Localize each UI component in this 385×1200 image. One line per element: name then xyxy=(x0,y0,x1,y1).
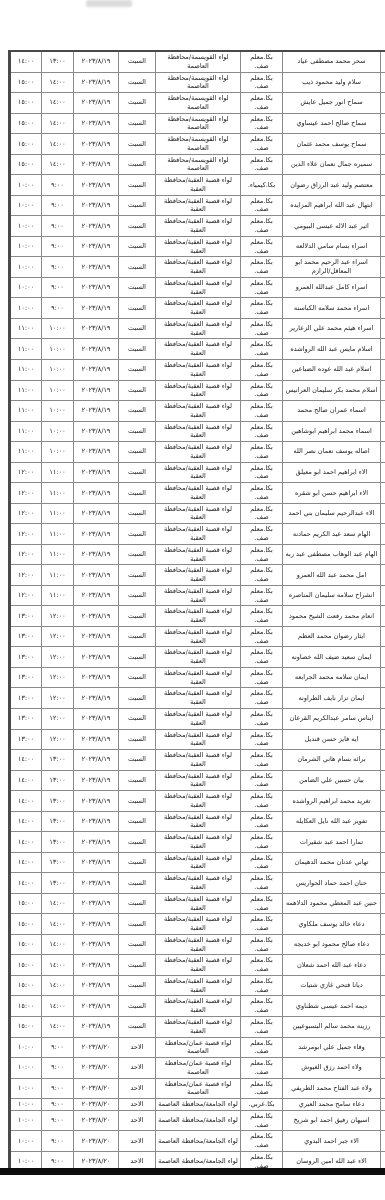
cell-name: دعاء صالح محمود ابو خديجه xyxy=(283,934,381,955)
cell-end_time: ١٢:٠٠ xyxy=(10,585,42,606)
cell-end_time: ١٠:٠٠ xyxy=(10,195,42,216)
cell-degree: بكا.معلم صف. xyxy=(241,257,283,278)
cell-district: لواء الجامعة/محافظة العاصمة xyxy=(156,1131,241,1152)
cell-name: امل محمد عبد الله العمرو xyxy=(283,565,381,586)
cell-date: ٢٠٢٣/٨/١٩ xyxy=(74,955,119,976)
cell-degree: بكا.معلم صف. xyxy=(241,503,283,524)
cell-district: لواء قصبة العقبة/محافظة العقبة xyxy=(156,524,241,545)
cell-end_time: ١٢:٠٠ xyxy=(10,544,42,565)
cell-district: لواء قصبة عمان/محافظة العاصمة xyxy=(156,1078,241,1099)
table-row: ١٢٠٣ولاء احمد رزق الغيوشبكا.معلم صف.لواء… xyxy=(10,1058,385,1079)
cell-district: لواء قصبة العقبة/محافظة العقبة xyxy=(156,811,241,832)
cell-date: ٢٠٢٣/٨/١٩ xyxy=(74,51,119,72)
cell-start_time: ١٤:٠٠ xyxy=(42,975,74,996)
cell-end_time: ١٥:٠٠ xyxy=(10,72,42,93)
cell-date: ٢٠٢٣/٨/٢٠ xyxy=(74,1110,119,1131)
cell-day: السبت xyxy=(119,852,156,873)
cell-name: ايثار رضوان محمد العظم xyxy=(283,626,381,647)
table-row: ١١٩١تفوير عبد الله نايل العكايلهبكا.معلم… xyxy=(10,811,385,832)
cell-start_time: ١٣:٠٠ xyxy=(42,51,74,72)
table-row: ١١٧٣اصاله يوسف نعمان نصر اللهبكا.معلم صف… xyxy=(10,442,385,463)
cell-number: ١٢٠٧ xyxy=(381,1131,385,1152)
cell-degree: بكا.معلم صف. xyxy=(241,277,283,298)
cell-number: ١١٧٥ xyxy=(381,483,385,504)
cell-degree: بكا.معلم صف. xyxy=(241,236,283,257)
cell-day: الاحد xyxy=(119,1037,156,1058)
cell-degree: بكا.معلم صف. xyxy=(241,93,283,114)
cell-start_time: ٩:٠٠ xyxy=(42,298,74,319)
cell-end_time: ١٠:٠٠ xyxy=(10,257,42,278)
cell-end_time: ١١:٠٠ xyxy=(10,380,42,401)
cell-date: ٢٠٢٣/٨/١٩ xyxy=(74,483,119,504)
table-row: ١٢٠١رزينه محمد سالم البسبوعيينبكا.معلم ص… xyxy=(10,1016,385,1037)
cell-district: لواء قصبة العقبة/محافظة العقبة xyxy=(156,216,241,237)
cell-end_time: ١٣:٠٠ xyxy=(10,667,42,688)
cell-degree: بكا.معلم صف. xyxy=(241,359,283,380)
cell-date: ٢٠٢٣/٨/٢٠ xyxy=(74,1037,119,1058)
table-row: ١١٥٩سميره جمال نعمان علاء الدينبكا.معلم … xyxy=(10,154,385,175)
cell-date: ٢٠٢٣/٨/١٩ xyxy=(74,154,119,175)
table-row: ١١٨٠انشراح سلامه سليمان المناصرهبكا.معلم… xyxy=(10,585,385,606)
cell-start_time: ٩:٠٠ xyxy=(42,175,74,196)
cell-district: لواء قصبة العقبة/محافظة العقبة xyxy=(156,975,241,996)
cell-date: ٢٠٢٣/٨/١٩ xyxy=(74,318,119,339)
cell-date: ٢٠٢٣/٨/١٩ xyxy=(74,421,119,442)
table-row: ١٢٠٥دعاء سامح محمد العبريبكا.عربي.لواء ا… xyxy=(10,1099,385,1111)
cell-day: السبت xyxy=(119,791,156,812)
cell-number: ١١٨٠ xyxy=(381,585,385,606)
cell-degree: بكا.معلم صف. xyxy=(241,688,283,709)
cell-degree: بكا.معلم صف. xyxy=(241,1110,283,1131)
cell-district: لواء قصبة عمان/محافظة العاصمة xyxy=(156,1058,241,1079)
cell-day: السبت xyxy=(119,51,156,72)
cell-end_time: ١٠:٠٠ xyxy=(10,175,42,196)
cell-degree: بكا.معلم صف. xyxy=(241,852,283,873)
cell-number: ١٢٠٤ xyxy=(381,1078,385,1099)
cell-district: لواء القويسمة/محافظة العاصمة xyxy=(156,154,241,175)
cell-number: ١١٧١ xyxy=(381,401,385,422)
cell-day: السبت xyxy=(119,236,156,257)
cell-district: لواء قصبة العقبة/محافظة العقبة xyxy=(156,626,241,647)
cell-degree: بكا.معلم صف. xyxy=(241,893,283,914)
cell-number: ١١٥٩ xyxy=(381,154,385,175)
cell-date: ٢٠٢٣/٨/٢٠ xyxy=(74,1099,119,1111)
cell-number: ١١٩٥ xyxy=(381,893,385,914)
cell-day: الاحد xyxy=(119,1058,156,1079)
cell-degree: بكا.معلم صف. xyxy=(241,750,283,771)
cell-end_time: ١٥:٠٠ xyxy=(10,154,42,175)
cell-day: السبت xyxy=(119,483,156,504)
cell-district: لواء قصبة العقبة/محافظة العقبة xyxy=(156,914,241,935)
cell-end_time: ١٠:٠٠ xyxy=(10,1058,42,1079)
cell-name: اسراء كامل عبدالله العمرو xyxy=(283,277,381,298)
table-row: ١١٥٤سحر محمد مصطفى عيادبكا.معلم صف.لواء … xyxy=(10,51,385,72)
cell-degree: بكا.معلم صف. xyxy=(241,606,283,627)
cell-end_time: ١٥:٠٠ xyxy=(10,975,42,996)
cell-district: لواء القويسمة/محافظة العاصمة xyxy=(156,134,241,155)
cell-date: ٢٠٢٣/٨/١٩ xyxy=(74,606,119,627)
cell-degree: بكا.معلم صف. xyxy=(241,462,283,483)
cell-day: السبت xyxy=(119,318,156,339)
cell-number: ١١٦٨ xyxy=(381,339,385,360)
cell-district: لواء القويسمة/محافظة العاصمة xyxy=(156,72,241,93)
cell-end_time: ١٢:٠٠ xyxy=(10,524,42,545)
cell-name: الهام عبد الوهاب مصطفى عبد ربه xyxy=(283,544,381,565)
cell-degree: بكا.معلم صف. xyxy=(241,483,283,504)
cell-degree: بكا.معلم صف. xyxy=(241,832,283,853)
table-row: ١١٧١اسماء عمران صالح محمدبكا.معلم صف.لوا… xyxy=(10,401,385,422)
cell-degree: بكا.معلم صف. xyxy=(241,1078,283,1099)
cell-degree: بكا.معلم صف. xyxy=(241,380,283,401)
cell-start_time: ١٤:٠٠ xyxy=(42,72,74,93)
cell-day: السبت xyxy=(119,154,156,175)
cell-degree: بكا.عربي. xyxy=(241,1099,283,1111)
cell-number: ١١٦٩ xyxy=(381,359,385,380)
cell-end_time: ١٣:٠٠ xyxy=(10,606,42,627)
table-row: ١١٥٦سماح انور جميل عايشبكا.معلم صف.لواء … xyxy=(10,93,385,114)
cell-number: ١١٨٣ xyxy=(381,647,385,668)
table-row: ١١٨٧ايه فايز حسن قنديلبكا.معلم صف.لواء ق… xyxy=(10,729,385,750)
cell-end_time: ١٥:٠٠ xyxy=(10,93,42,114)
cell-day: السبت xyxy=(119,462,156,483)
cell-start_time: ١٢:٠٠ xyxy=(42,647,74,668)
cell-number: ١١٨٩ xyxy=(381,770,385,791)
cell-end_time: ١١:٠٠ xyxy=(10,359,42,380)
cell-name: رزينه محمد سالم البسبوعيين xyxy=(283,1016,381,1037)
cell-degree: بكا.معلم صف. xyxy=(241,442,283,463)
cell-start_time: ٩:٠٠ xyxy=(42,1058,74,1079)
cell-number: ١١٦٣ xyxy=(381,236,385,257)
cell-day: السبت xyxy=(119,832,156,853)
cell-number: ١١٦٢ xyxy=(381,216,385,237)
cell-start_time: ٩:٠٠ xyxy=(42,216,74,237)
cell-start_time: ١٣:٠٠ xyxy=(42,791,74,812)
cell-start_time: ١٢:٠٠ xyxy=(42,709,74,730)
cell-start_time: ١٠:٠٠ xyxy=(42,318,74,339)
cell-date: ٢٠٢٣/٨/١٩ xyxy=(74,893,119,914)
cell-date: ٢٠٢٣/٨/٢٠ xyxy=(74,1078,119,1099)
cell-start_time: ١٤:٠٠ xyxy=(42,996,74,1017)
table-row: ١١٩٦دعاء خالد يوسف ملكاويبكا.معلم صف.لوا… xyxy=(10,914,385,935)
cell-name: انعام محمد رفعت الشيخ محمود xyxy=(283,606,381,627)
cell-end_time: ١٠:٠٠ xyxy=(10,298,42,319)
cell-name: اسراء هيثم محمد علي الزعارير xyxy=(283,318,381,339)
cell-number: ١١٩١ xyxy=(381,811,385,832)
cell-district: لواء قصبة العقبة/محافظة العقبة xyxy=(156,667,241,688)
cell-degree: بكا.معلم صف. xyxy=(241,195,283,216)
cell-number: ١١٨٥ xyxy=(381,688,385,709)
cell-number: ١١٧٠ xyxy=(381,380,385,401)
cell-date: ٢٠٢٣/٨/١٩ xyxy=(74,709,119,730)
cell-district: لواء قصبة العقبة/محافظة العقبة xyxy=(156,1016,241,1037)
cell-end_time: ١١:٠٠ xyxy=(10,421,42,442)
cell-start_time: ٩:٠٠ xyxy=(42,1131,74,1152)
cell-date: ٢٠٢٣/٨/١٩ xyxy=(74,811,119,832)
cell-number: ١٢٠١ xyxy=(381,1016,385,1037)
cell-district: لواء قصبة العقبة/محافظة العقبة xyxy=(156,544,241,565)
cell-degree: بكا.معلم صف. xyxy=(241,914,283,935)
cell-number: ١١٥٨ xyxy=(381,134,385,155)
cell-start_time: ١٤:٠٠ xyxy=(42,955,74,976)
cell-end_time: ١٤:٠٠ xyxy=(10,51,42,72)
cell-day: السبت xyxy=(119,585,156,606)
cell-day: السبت xyxy=(119,524,156,545)
cell-start_time: ٩:٠٠ xyxy=(42,257,74,278)
cell-district: لواء القويسمة/محافظة العاصمة xyxy=(156,93,241,114)
cell-date: ٢٠٢٣/٨/١٩ xyxy=(74,380,119,401)
cell-day: الاحد xyxy=(119,1078,156,1099)
cell-district: لواء الجامعة/محافظة العاصمة xyxy=(156,1110,241,1131)
cell-end_time: ١٠:٠٠ xyxy=(10,1131,42,1152)
cell-name: ايمان نزار نايف الطراونه xyxy=(283,688,381,709)
cell-date: ٢٠٢٣/٨/١٩ xyxy=(74,236,119,257)
cell-number: ١١٧٢ xyxy=(381,421,385,442)
cell-day: السبت xyxy=(119,401,156,422)
table-row: ١١٦٤اسراء عبد الرحيم محمد ابو المعاقل/ال… xyxy=(10,257,385,278)
cell-name: سلام وليد محمود ذيب xyxy=(283,72,381,93)
cell-number: ١١٩٤ xyxy=(381,873,385,894)
cell-day: السبت xyxy=(119,606,156,627)
cell-number: ١٢٠٦ xyxy=(381,1110,385,1131)
cell-end_time: ١٥:٠٠ xyxy=(10,1016,42,1037)
table-row: ١١٨٥ايمان نزار نايف الطراونهبكا.معلم صف.… xyxy=(10,688,385,709)
cell-name: سماح صالح احمد عيساوي xyxy=(283,113,381,134)
cell-day: السبت xyxy=(119,421,156,442)
cell-end_time: ١٣:٠٠ xyxy=(10,688,42,709)
cell-degree: بكا.معلم صف. xyxy=(241,154,283,175)
cell-day: السبت xyxy=(119,113,156,134)
cell-name: الهام سعد عبد الكريم حمادنه xyxy=(283,524,381,545)
cell-name: ايمان سعيد ضيف الله خصاونه xyxy=(283,647,381,668)
cell-start_time: ١١:٠٠ xyxy=(42,544,74,565)
cell-district: لواء قصبة العقبة/محافظة العقبة xyxy=(156,401,241,422)
cell-end_time: ١٥:٠٠ xyxy=(10,113,42,134)
cell-date: ٢٠٢٣/٨/١٩ xyxy=(74,832,119,853)
cell-district: لواء قصبة العقبة/محافظة العقبة xyxy=(156,236,241,257)
table-row: ١١٧٥الاء ابراهيم حسن ابو شقرهبكا.معلم صف… xyxy=(10,483,385,504)
cell-district: لواء قصبة العقبة/محافظة العقبة xyxy=(156,688,241,709)
table-row: ١١٧٠اسلام محمد بكر سليمان العرانيسبكا.مع… xyxy=(10,380,385,401)
cell-date: ٢٠٢٣/٨/٢٠ xyxy=(74,1131,119,1152)
cell-number: ١١٥٦ xyxy=(381,93,385,114)
cell-day: السبت xyxy=(119,72,156,93)
cell-name: ديانا فتحي غازي شتيات xyxy=(283,975,381,996)
cell-date: ٢٠٢٣/٨/١٩ xyxy=(74,873,119,894)
cell-name: سحر محمد مصطفى عياد xyxy=(283,51,381,72)
cell-degree: بكا.معلم صف. xyxy=(241,770,283,791)
cell-name: الاء ابراهيم حسن ابو شقره xyxy=(283,483,381,504)
cell-number: ١١٨٤ xyxy=(381,667,385,688)
cell-name: سماح يوسف محمد عثمان xyxy=(283,134,381,155)
cell-district: لواء قصبة العقبة/محافظة العقبة xyxy=(156,852,241,873)
cell-end_time: ١٣:٠٠ xyxy=(10,626,42,647)
cell-degree: بكا.معلم صف. xyxy=(241,401,283,422)
cell-end_time: ١٠:٠٠ xyxy=(10,1099,42,1111)
table-row: ١١٨٦ايناس سامر عبدالكريم القرعانبكا.معلم… xyxy=(10,709,385,730)
cell-date: ٢٠٢٣/٨/١٩ xyxy=(74,359,119,380)
table-row: ١٢٠٦اسيهان رفيق احمد ابو شريخبكا.معلم صف… xyxy=(10,1110,385,1131)
cell-number: ١١٧٨ xyxy=(381,544,385,565)
cell-date: ٢٠٢٣/٨/١٩ xyxy=(74,934,119,955)
cell-degree: بكا.معلم صف. xyxy=(241,667,283,688)
cell-end_time: ١٢:٠٠ xyxy=(10,462,42,483)
cell-name: معتصم وليد عبد الرزاق رضوان xyxy=(283,175,381,196)
cell-district: لواء قصبة العقبة/محافظة العقبة xyxy=(156,996,241,1017)
table-row: ١١٩٩ديانا فتحي غازي شتياتبكا.معلم صف.لوا… xyxy=(10,975,385,996)
cell-day: السبت xyxy=(119,277,156,298)
cell-start_time: ١٢:٠٠ xyxy=(42,667,74,688)
cell-degree: بكا.معلم صف. xyxy=(241,565,283,586)
table-row: ١١٦٣اسراء بسام سامي الدلالعهبكا.معلم صف.… xyxy=(10,236,385,257)
cell-name: تمارا احمد عبد شقيرات xyxy=(283,832,381,853)
cell-number: ١١٧٤ xyxy=(381,462,385,483)
table-row: ١١٦١ابتهال عبد الله ابراهيم المزايدهبكا.… xyxy=(10,195,385,216)
cell-degree: بكا.معلم صف. xyxy=(241,524,283,545)
cell-date: ٢٠٢٣/٨/١٩ xyxy=(74,462,119,483)
cell-district: لواء قصبة العقبة/محافظة العقبة xyxy=(156,934,241,955)
cell-start_time: ١٢:٠٠ xyxy=(42,606,74,627)
cell-name: تغريد محمد ابراهيم الرواشده xyxy=(283,791,381,812)
cell-district: لواء قصبة العقبة/محافظة العقبة xyxy=(156,770,241,791)
cell-end_time: ١٥:٠٠ xyxy=(10,914,42,935)
cell-district: لواء قصبة العقبة/محافظة العقبة xyxy=(156,462,241,483)
cell-start_time: ١١:٠٠ xyxy=(42,565,74,586)
cell-day: السبت xyxy=(119,811,156,832)
cell-name: الاء ابراهيم احمد ابو معيلق xyxy=(283,462,381,483)
table-row: ١١٧٢اسماء محمد ابراهيم ابوشاهينبكا.معلم … xyxy=(10,421,385,442)
cell-date: ٢٠٢٣/٨/٢٠ xyxy=(74,1058,119,1079)
cell-district: لواء قصبة العقبة/محافظة العقبة xyxy=(156,318,241,339)
cell-day: السبت xyxy=(119,93,156,114)
cell-degree: بكا.معلم صف. xyxy=(241,975,283,996)
cell-degree: بكا.معلم صف. xyxy=(241,113,283,134)
cell-end_time: ١٤:٠٠ xyxy=(10,832,42,853)
table-row: ١١٨١انعام محمد رفعت الشيخ محمودبكا.معلم … xyxy=(10,606,385,627)
cell-day: السبت xyxy=(119,565,156,586)
cell-number: ١١٨٢ xyxy=(381,626,385,647)
cell-start_time: ١١:٠٠ xyxy=(42,524,74,545)
table-row: ١١٧٧الهام سعد عبد الكريم حمادنهبكا.معلم … xyxy=(10,524,385,545)
cell-end_time: ١٢:٠٠ xyxy=(10,483,42,504)
cell-name: تهاني عدنان محمد الدهيمان xyxy=(283,852,381,873)
cell-degree: بكا.معلم صف. xyxy=(241,134,283,155)
cell-district: لواء قصبة العقبة/محافظة العقبة xyxy=(156,585,241,606)
cell-date: ٢٠٢٣/٨/١٩ xyxy=(74,688,119,709)
cell-day: السبت xyxy=(119,770,156,791)
cell-start_time: ١٠:٠٠ xyxy=(42,359,74,380)
cell-day: السبت xyxy=(119,914,156,935)
table-row: ١١٥٨سماح يوسف محمد عثمانبكا.معلم صف.لواء… xyxy=(10,134,385,155)
cell-day: السبت xyxy=(119,667,156,688)
cell-start_time: ١٠:٠٠ xyxy=(42,442,74,463)
cell-district: لواء قصبة العقبة/محافظة العقبة xyxy=(156,257,241,278)
cell-start_time: ١٣:٠٠ xyxy=(42,852,74,873)
cell-district: لواء قصبة العقبة/محافظة العقبة xyxy=(156,277,241,298)
table-row: ١١٦٩اسلام عبد الله عوده الضباعينبكا.معلم… xyxy=(10,359,385,380)
cell-name: الاء جبر احمد البدوي xyxy=(283,1131,381,1152)
cell-date: ٢٠٢٣/٨/١٩ xyxy=(74,770,119,791)
cell-name: دعاء سامح محمد العبري xyxy=(283,1099,381,1111)
cell-name: حنين عبد المعطي محمود الدلاهمه xyxy=(283,893,381,914)
cell-district: لواء قصبة العقبة/محافظة العقبة xyxy=(156,709,241,730)
table-row: ١١٦٦اسراء محمد سلامه الكباسنهبكا.معلم صف… xyxy=(10,298,385,319)
cell-district: لواء قصبة العقبة/محافظة العقبة xyxy=(156,955,241,976)
cell-date: ٢٠٢٣/٨/١٩ xyxy=(74,277,119,298)
cell-name: اسلام عبد الله عوده الضباعين xyxy=(283,359,381,380)
cell-number: ١١٩٧ xyxy=(381,934,385,955)
cell-degree: بكا.معلم صف. xyxy=(241,585,283,606)
cell-day: السبت xyxy=(119,934,156,955)
cell-date: ٢٠٢٣/٨/١٩ xyxy=(74,134,119,155)
cell-day: السبت xyxy=(119,298,156,319)
cell-start_time: ٩:٠٠ xyxy=(42,236,74,257)
cell-name: اسراء بسام سامي الدلالعه xyxy=(283,236,381,257)
cell-name: دعاء عبد الله احمد شعلان xyxy=(283,955,381,976)
cell-degree: بكا.معلم صف. xyxy=(241,216,283,237)
cell-degree: بكا.معلم صف. xyxy=(241,791,283,812)
cell-day: السبت xyxy=(119,996,156,1017)
cell-end_time: ١٣:٠٠ xyxy=(10,709,42,730)
cell-district: لواء قصبة العقبة/محافظة العقبة xyxy=(156,873,241,894)
table-row: ١١٩٥حنين عبد المعطي محمود الدلاهمهبكا.مع… xyxy=(10,893,385,914)
cell-name: اسراء محمد سلامه الكباسنه xyxy=(283,298,381,319)
cell-start_time: ١٤:٠٠ xyxy=(42,893,74,914)
cell-degree: بكا.معلم صف. xyxy=(241,1058,283,1079)
cell-start_time: ١٢:٠٠ xyxy=(42,729,74,750)
cell-start_time: ٩:٠٠ xyxy=(42,277,74,298)
cell-number: ١١٨٦ xyxy=(381,709,385,730)
cell-day: السبت xyxy=(119,544,156,565)
cell-degree: بكا.معلم صف. xyxy=(241,934,283,955)
table-row: ١١٨٩بيان حسين علي الضامنبكا.معلم صف.لواء… xyxy=(10,770,385,791)
cell-date: ٢٠٢٣/٨/١٩ xyxy=(74,401,119,422)
cell-end_time: ١٠:٠٠ xyxy=(10,216,42,237)
cell-name: حنان احمد حماد الحواريس xyxy=(283,873,381,894)
cell-day: السبت xyxy=(119,893,156,914)
cell-start_time: ١٤:٠٠ xyxy=(42,914,74,935)
cell-start_time: ١٣:٠٠ xyxy=(42,750,74,771)
cell-day: السبت xyxy=(119,873,156,894)
cell-date: ٢٠٢٣/٨/١٩ xyxy=(74,113,119,134)
cell-date: ٢٠٢٣/٨/١٩ xyxy=(74,257,119,278)
cell-day: السبت xyxy=(119,729,156,750)
cell-date: ٢٠٢٣/٨/١٩ xyxy=(74,442,119,463)
cell-name: وفاء جميل علي ابومرشد xyxy=(283,1037,381,1058)
cell-start_time: ١٣:٠٠ xyxy=(42,873,74,894)
cell-district: لواء قصبة العقبة/محافظة العقبة xyxy=(156,359,241,380)
cell-date: ٢٠٢٣/٨/١٩ xyxy=(74,565,119,586)
cell-date: ٢٠٢٣/٨/١٩ xyxy=(74,339,119,360)
cell-day: السبت xyxy=(119,1016,156,1037)
cell-day: السبت xyxy=(119,359,156,380)
cell-day: الاحد xyxy=(119,1131,156,1152)
cell-day: السبت xyxy=(119,709,156,730)
cell-date: ٢٠٢٣/٨/١٩ xyxy=(74,175,119,196)
cell-degree: بكا.معلم صف. xyxy=(241,626,283,647)
table-row: ١١٩٠تغريد محمد ابراهيم الرواشدهبكا.معلم … xyxy=(10,791,385,812)
cell-degree: بكا.معلم صف. xyxy=(241,955,283,976)
cell-name: اثير عبد الاله عيسى البيومي xyxy=(283,216,381,237)
table-row: ١٢٠٠ديمه احمد عيسى شطناويبكا.معلم صف.لوا… xyxy=(10,996,385,1017)
cell-degree: بكا.معلم صف. xyxy=(241,1131,283,1152)
cell-end_time: ١٢:٠٠ xyxy=(10,565,42,586)
cell-day: السبت xyxy=(119,216,156,237)
cell-date: ٢٠٢٣/٨/١٩ xyxy=(74,791,119,812)
cell-name: اسيهان رفيق احمد ابو شريخ xyxy=(283,1110,381,1131)
cell-name: ايه فايز حسن قنديل xyxy=(283,729,381,750)
cell-day: السبت xyxy=(119,688,156,709)
cell-date: ٢٠٢٣/٨/١٩ xyxy=(74,1016,119,1037)
